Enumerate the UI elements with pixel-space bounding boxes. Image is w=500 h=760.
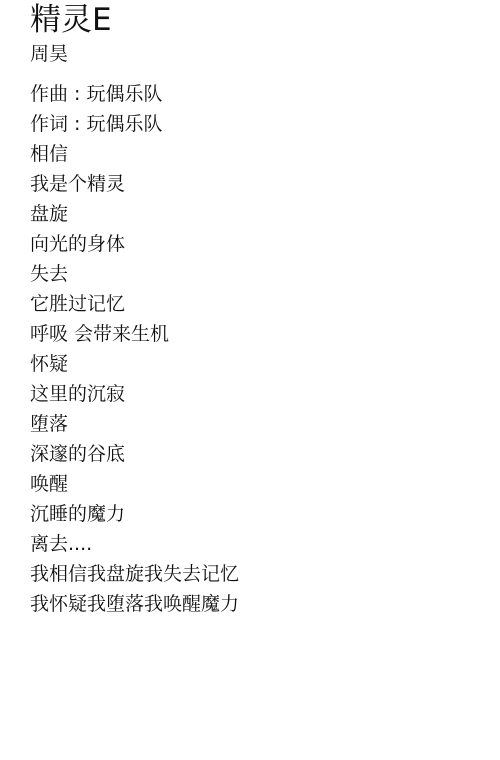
lyric-line: 我怀疑我堕落我唤醒魔力 — [30, 589, 239, 619]
lyric-line: 失去 — [30, 259, 239, 289]
lyric-line: 离去.... — [30, 529, 239, 559]
lyric-line: 怀疑 — [30, 349, 239, 379]
lyric-line: 相信 — [30, 139, 239, 169]
lyric-line: 沉睡的魔力 — [30, 499, 239, 529]
song-title: 精灵E — [30, 1, 112, 39]
lyric-line: 作词 : 玩偶乐队 — [30, 109, 239, 139]
lyric-line: 它胜过记忆 — [30, 289, 239, 319]
lyric-line: 作曲 : 玩偶乐队 — [30, 79, 239, 109]
lyrics-list: 作曲 : 玩偶乐队 作词 : 玩偶乐队 相信 我是个精灵 盘旋 向光的身体 失去… — [30, 79, 239, 619]
lyric-line: 我相信我盘旋我失去记忆 — [30, 559, 239, 589]
lyric-line: 呼吸 会带来生机 — [30, 319, 239, 349]
artist-name: 周昊 — [30, 40, 68, 68]
lyric-line: 向光的身体 — [30, 229, 239, 259]
lyric-line: 深邃的谷底 — [30, 439, 239, 469]
lyric-line: 这里的沉寂 — [30, 379, 239, 409]
lyric-line: 堕落 — [30, 409, 239, 439]
lyric-line: 唤醒 — [30, 469, 239, 499]
lyric-line: 盘旋 — [30, 199, 239, 229]
lyric-line: 我是个精灵 — [30, 169, 239, 199]
